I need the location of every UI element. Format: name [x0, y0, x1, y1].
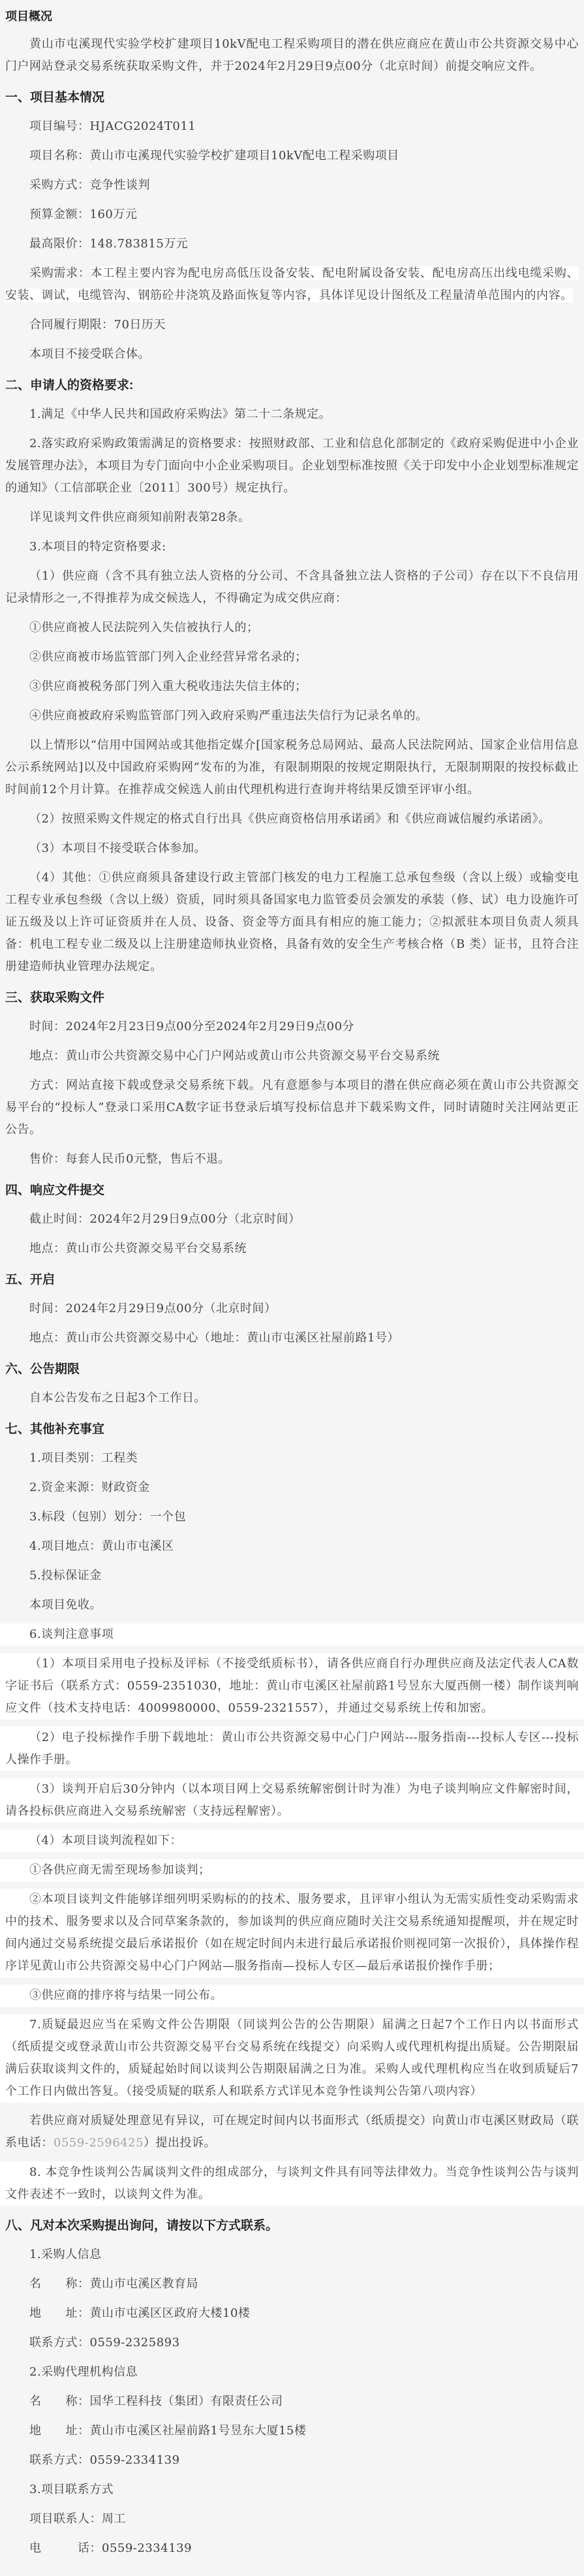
project-location: 4.项目地点：黄山市屯溪区 — [0, 1535, 584, 1558]
section-heading-obtain-documents: 三、获取采购文件 — [0, 988, 584, 1009]
agency-address: 地 址：黄山市屯溪区社屋前路1号昱东大厦15楼 — [0, 2420, 584, 2442]
funding-source: 2.资金来源：财政资金 — [0, 1477, 584, 1499]
text-run: ④供应商被政府采购监管部门列入政府采购严重违法失信行为记录名单的。 — [29, 709, 428, 723]
agency-phone: 联系方式：0559-2334139 — [0, 2449, 584, 2472]
text-run: 3.标段（包别）划分：一个包 — [29, 1510, 186, 1524]
project-category: 1.项目类别：工程类 — [0, 1447, 584, 1469]
page-title: 项目概况 — [0, 7, 584, 26]
text-run: 8. 本竞争性谈判公告属谈判文件的组成部分，与谈判文件具有同等法律效力。当竞争性… — [5, 2165, 579, 2201]
bid-bond: 5.投标保证金 — [0, 1565, 584, 1587]
text-run: （2）电子投标操作手册下载地址：黄山市公共资源交易中心门户网站---服务指南--… — [5, 1731, 579, 1767]
section-heading-supplementary: 七、其他补充事宜 — [0, 1419, 584, 1440]
project-number: 项目编号：HJACG2024T011 — [0, 116, 584, 138]
paragraph: 8. 本竞争性谈判公告属谈判文件的组成部分，与谈判文件具有同等法律效力。当竞争性… — [0, 2161, 584, 2206]
project-contact-phone: 电 话：0559-2334139 — [0, 2537, 584, 2560]
paragraph: 3.本项目的特定资格要求: — [0, 536, 584, 558]
text-run: 预算金额：160万元 — [29, 208, 137, 221]
text-run: ①供应商被人民法院列入失信被执行人的； — [29, 621, 259, 635]
paragraph: 2.落实政府采购政策需满足的资格要求：按照财政部、工业和信息化部制定的《政府采购… — [0, 433, 584, 499]
negotiation-notes-heading: 6.谈判注意事项 — [0, 1624, 584, 1646]
text-run: 1.项目类别：工程类 — [29, 1451, 138, 1465]
text-run: （4）其他：①供应商须具备建设行政主管部门核发的电力工程施工总承包叁级（含以上级… — [5, 871, 579, 973]
section-heading-applicant-qualifications: 二、申请人的资格要求: — [0, 375, 584, 396]
text-run: 六、公告期限 — [5, 1362, 80, 1376]
text-run: 四、响应文件提交 — [5, 1184, 104, 1197]
text-run: 项目编号：HJACG2024T011 — [29, 119, 196, 133]
purchaser-address: 地 址：黄山市屯溪区区政府大楼10楼 — [0, 2302, 584, 2325]
opening-time: 时间：2024年2月29日9点00分（北京时间） — [0, 1298, 584, 1320]
contract-duration: 合同履行期限：70日历天 — [0, 314, 584, 336]
text-run: 售价：每套人民币0元整，售后不退。 — [29, 1152, 230, 1166]
text-run: 地 址：黄山市屯溪区社屋前路1号昱东大厦15楼 — [29, 2424, 306, 2438]
text-run: 地 址：黄山市屯溪区区政府大楼10楼 — [29, 2306, 250, 2320]
text-run: 方式：网站直接下载或登录交易系统下载。凡有意愿参与本项目的潜在供应商必须在黄山市… — [5, 1078, 579, 1137]
lot-division: 3.标段（包别）划分：一个包 — [0, 1506, 584, 1528]
paragraph: （3）本项目不接受联合体参加。 — [0, 838, 584, 860]
text-run: 自本公告发布之日起3个工作日。 — [29, 1391, 206, 1405]
text-run: 五、开启 — [5, 1273, 55, 1287]
procurement-requirements: 采购需求：本工程主要内容为配电房高低压设备安装、配电附属设备安装、配电房高压出线… — [0, 262, 584, 307]
text-run: 三、获取采购文件 — [5, 991, 104, 1005]
text-run: 联系方式：0559-2334139 — [29, 2453, 180, 2467]
text-run: 名 称：国华工程科技（集团）有限责任公司 — [29, 2395, 283, 2408]
text-run: 地点：黄山市公共资源交易平台交易系统 — [29, 1242, 247, 1255]
obtain-time: 时间：2024年2月23日9点00分至2024年2月29日9点00分 — [0, 1016, 584, 1038]
text-run: 地点：黄山市公共资源交易中心（地址：黄山市屯溪区社屋前路1号） — [29, 1331, 399, 1345]
text-run: 本项目免收。 — [29, 1598, 102, 1612]
section-heading-basic-info: 一、项目基本情况 — [0, 87, 584, 108]
procurement-method: 采购方式：竞争性谈判 — [0, 174, 584, 196]
text-run: （2）按照采购文件规定的格式自行出具《供应商资格信用承诺函》和《供应商诚信履约承… — [29, 812, 550, 826]
text-run: 最高限价：148.783815万元 — [29, 237, 188, 251]
text-run: 2.落实政府采购政策需满足的资格要求：按照财政部、工业和信息化部制定的《政府采购… — [5, 437, 579, 495]
text-run: 二、申请人的资格要求: — [5, 379, 133, 392]
section-heading-opening: 五、开启 — [0, 1270, 584, 1291]
paragraph: ③供应商被税务部门列入重大税收违法失信主体的； — [0, 676, 584, 698]
project-overview-paragraph: 黄山市屯溪现代实验学校扩建项目10kV配电工程采购项目的潜在供应商应在黄山市公共… — [0, 33, 584, 78]
section-heading-announcement-period: 六、公告期限 — [0, 1359, 584, 1380]
document-price: 售价：每套人民币0元整，售后不退。 — [0, 1148, 584, 1170]
bid-bond-waived: 本项目免收。 — [0, 1594, 584, 1616]
text-run: 项目名称：黄山市屯溪现代实验学校扩建项目10kV配电工程采购项目 — [29, 149, 399, 163]
submission-location: 地点：黄山市公共资源交易平台交易系统 — [0, 1238, 584, 1260]
text-run: （1）本项目采用电子投标及评标（不接受纸质标书），请各供应商自行办理供应商及法定… — [5, 1657, 579, 1715]
complaint-paragraph: 若供应商对质疑处理意见有异议，可在规定时间内以书面形式（纸质提交）向黄山市屯溪区… — [0, 2110, 584, 2154]
text-run: ③供应商的排序将与结果一同公布。 — [29, 1988, 223, 2002]
text-run: ②本项目谈判文件能够详细列明采购标的的技术、服务要求，且评审小组认为无需实质性变… — [5, 1893, 579, 1973]
text-run: 本项目不接受联合体。 — [29, 347, 150, 361]
paragraph: ④供应商被政府采购监管部门列入政府采购严重违法失信行为记录名单的。 — [0, 705, 584, 727]
section-heading-contact: 八、凡对本次采购提出询问，请按以下方式联系。 — [0, 2216, 584, 2237]
paragraph: （1）供应商（含不具有独立法人资格的分公司、不含具备独立法人资格的子公司）存在以… — [0, 565, 584, 610]
phone-number: 0559-2596425 — [54, 2136, 144, 2150]
agency-info-heading: 2.采购代理机构信息 — [0, 2361, 584, 2383]
text-run: 时间：2024年2月29日9点00分（北京时间） — [29, 1302, 277, 1315]
text-run: 七、其他补充事宜 — [5, 1422, 104, 1436]
text-run: 截止时间：2024年2月29日9点00分（北京时间） — [29, 1212, 301, 1226]
text-run: ②供应商被市场监管部门列入企业经营异常名录的； — [29, 650, 307, 664]
text-run: （3）本项目不接受联合体参加。 — [29, 841, 206, 855]
paragraph: 详见谈判文件供应商须知前附表第28条。 — [0, 507, 584, 529]
no-consortium-note: 本项目不接受联合体。 — [0, 343, 584, 366]
paragraph: ①供应商被人民法院列入失信被执行人的； — [0, 617, 584, 639]
text-run: 项目概况 — [5, 10, 52, 23]
purchaser-name: 名 称：黄山市屯溪区教育局 — [0, 2273, 584, 2295]
text-run: 1.采购人信息 — [29, 2248, 102, 2261]
paragraph: ②供应商被市场监管部门列入企业经营异常名录的； — [0, 646, 584, 668]
text-run: （1）供应商（含不具有独立法人资格的分公司、不含具备独立法人资格的子公司）存在以… — [5, 569, 579, 605]
project-contact-heading: 3.项目联系方式 — [0, 2479, 584, 2501]
text-run: 5.投标保证金 — [29, 1569, 102, 1582]
project-name: 项目名称：黄山市屯溪现代实验学校扩建项目10kV配电工程采购项目 — [0, 145, 584, 167]
text-run: 名 称：黄山市屯溪区教育局 — [29, 2277, 198, 2291]
paragraph: （2）电子投标操作手册下载地址：黄山市公共资源交易中心门户网站---服务指南--… — [0, 1727, 584, 1771]
text-run: （3）谈判开启后30分钟内（以本项目网上交易系统解密倒计时为准）为电子谈判响应文… — [5, 1782, 579, 1818]
paragraph: 7.质疑最迟应当在采购文件公告期限（同谈判公告的公告期限）届满之日起7个工作日内… — [0, 2014, 584, 2103]
text-run: 7.质疑最迟应当在采购文件公告期限（同谈判公告的公告期限）届满之日起7个工作日内… — [5, 2018, 579, 2098]
text-run: 时间：2024年2月23日9点00分至2024年2月29日9点00分 — [29, 1020, 354, 1033]
obtain-location: 地点：黄山市公共资源交易中心门户网站或黄山市公共资源交易平台交易系统 — [0, 1045, 584, 1067]
text-run: ①各供应商无需至现场参加谈判； — [29, 1863, 211, 1877]
paragraph: 1.满足《中华人民共和国政府采购法》第二十二条规定。 — [0, 403, 584, 426]
text-run: 2.资金来源：财政资金 — [29, 1481, 150, 1494]
text-run: 6.谈判注意事项 — [29, 1627, 114, 1641]
text-run: 4.项目地点：黄山市屯溪区 — [29, 1539, 174, 1553]
purchaser-phone: 联系方式：0559-2325893 — [0, 2332, 584, 2354]
opening-location: 地点：黄山市公共资源交易中心（地址：黄山市屯溪区社屋前路1号） — [0, 1327, 584, 1349]
paragraph: （2）按照采购文件规定的格式自行出具《供应商资格信用承诺函》和《供应商诚信履约承… — [0, 808, 584, 830]
text-run: （4）本项目谈判流程如下： — [29, 1834, 182, 1847]
paragraph: （1）本项目采用电子投标及评标（不接受纸质标书），请各供应商自行办理供应商及法定… — [0, 1653, 584, 1720]
submission-deadline: 截止时间：2024年2月29日9点00分（北京时间） — [0, 1208, 584, 1231]
section-heading-response-submission: 四、响应文件提交 — [0, 1180, 584, 1201]
text-run: ③供应商被税务部门列入重大税收违法失信主体的； — [29, 680, 307, 693]
paragraph: （4）其他：①供应商须具备建设行政主管部门核发的电力工程施工总承包叁级（含以上级… — [0, 867, 584, 978]
text-run: 3.本项目的特定资格要求: — [29, 540, 166, 554]
text-run: ）提出投诉。 — [144, 2136, 216, 2150]
text-run: 联系方式：0559-2325893 — [29, 2336, 180, 2349]
text-run: 2.采购代理机构信息 — [29, 2365, 138, 2379]
procurement-announcement-document: 项目概况黄山市屯溪现代实验学校扩建项目10kV配电工程采购项目的潜在供应商应在黄… — [0, 0, 584, 2576]
text-run: 项目联系人：周工 — [29, 2512, 126, 2526]
text-run: 地点：黄山市公共资源交易中心门户网站或黄山市公共资源交易平台交易系统 — [29, 1049, 440, 1063]
text-run: 本工程主要内容为配电房高低压设备安装、配电附属设备安装、配电房高压出线电缆采购、… — [5, 266, 579, 302]
paragraph: （4）本项目谈判流程如下： — [0, 1830, 584, 1852]
announcement-period: 自本公告发布之日起3个工作日。 — [0, 1387, 584, 1409]
text-run: 电 话：0559-2334139 — [29, 2541, 192, 2555]
project-contact-person: 项目联系人：周工 — [0, 2508, 584, 2530]
text-run: 一、项目基本情况 — [5, 91, 104, 104]
budget-amount: 预算金额：160万元 — [0, 204, 584, 226]
agency-name: 名 称：国华工程科技（集团）有限责任公司 — [0, 2391, 584, 2413]
text-run: 3.项目联系方式 — [29, 2483, 114, 2496]
paragraph: ③供应商的排序将与结果一同公布。 — [0, 1985, 584, 2007]
text-run: 黄山市屯溪现代实验学校扩建项目10kV配电工程采购项目的潜在供应商应在黄山市公共… — [5, 37, 579, 73]
purchaser-info-heading: 1.采购人信息 — [0, 2244, 584, 2266]
text-run: 以上情形以“信用中国网站或其他指定媒介[国家税务总局网站、最高人民法院网站、国家… — [5, 738, 579, 796]
paragraph: 以上情形以“信用中国网站或其他指定媒介[国家税务总局网站、最高人民法院网站、国家… — [0, 734, 584, 801]
text-run: 采购需求： — [29, 266, 91, 280]
max-price: 最高限价：148.783815万元 — [0, 233, 584, 255]
text-run: 1.满足《中华人民共和国政府采购法》第二十二条规定。 — [29, 407, 331, 421]
paragraph: ①各供应商无需至现场参加谈判； — [0, 1859, 584, 1881]
text-run: 八、凡对本次采购提出询问，请按以下方式联系。 — [5, 2219, 278, 2233]
text-run: 采购方式：竞争性谈判 — [29, 178, 150, 192]
text-run: 详见谈判文件供应商须知前附表第28条。 — [29, 510, 250, 524]
paragraph: ②本项目谈判文件能够详细列明采购标的的技术、服务要求，且评审小组认为无需实质性变… — [0, 1889, 584, 1977]
obtain-method: 方式：网站直接下载或登录交易系统下载。凡有意愿参与本项目的潜在供应商必须在黄山市… — [0, 1075, 584, 1141]
text-run: 合同履行期限：70日历天 — [29, 318, 166, 332]
paragraph: （3）谈判开启后30分钟内（以本项目网上交易系统解密倒计时为准）为电子谈判响应文… — [0, 1778, 584, 1823]
